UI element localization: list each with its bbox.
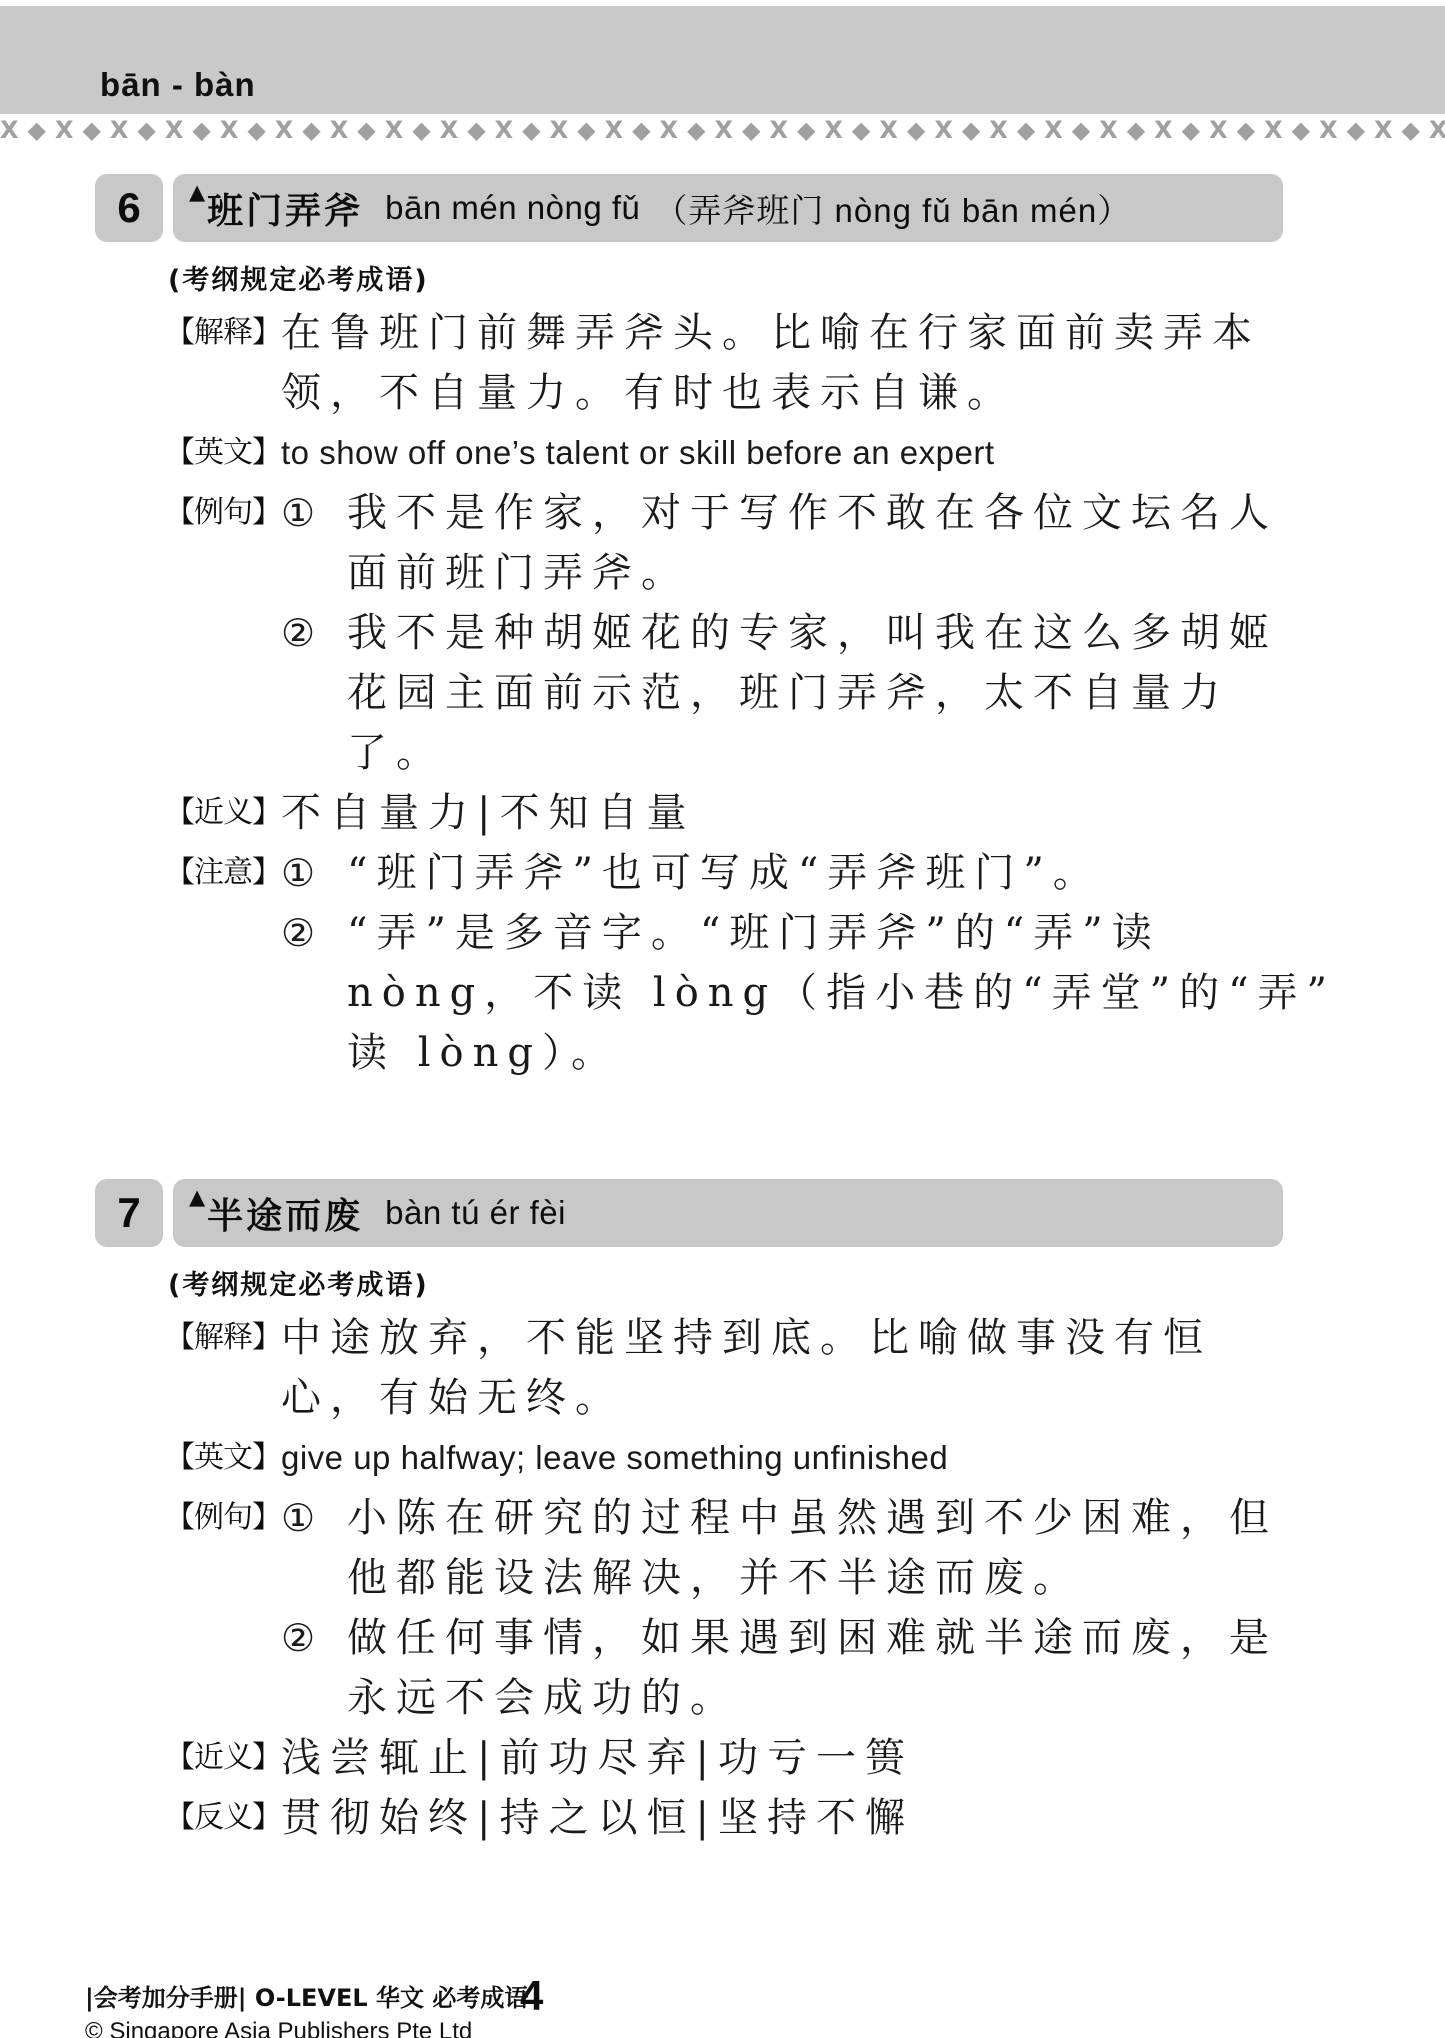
section-label: 【近义】 — [165, 783, 281, 843]
circled-number: ① — [281, 843, 347, 903]
entry-title-alt: （弄斧班门 nòng fǔ bān mén） — [654, 185, 1131, 232]
circled-number: ① — [281, 1488, 347, 1548]
section-label: 【例句】 — [165, 483, 281, 543]
entry-title-bar: ▲ 半途而废 bàn tú ér fèi — [173, 1179, 1283, 1247]
circled-number: ② — [281, 1608, 347, 1668]
circled-number: ② — [281, 903, 347, 963]
section-body: 在鲁班门前舞弄斧头。比喻在行家面前卖弄本 领，不自量力。有时也表示自谦。 — [281, 303, 1445, 423]
entry-7: 7 ▲ 半途而废 bàn tú ér fèi (考纲规定必考成语) 【解释】 中… — [0, 1179, 1445, 1848]
entry-title-zh: 班门弄斧 — [207, 183, 363, 234]
circled-number: ① — [281, 483, 347, 543]
section-label: 【例句】 — [165, 1488, 281, 1548]
text-line: 他都能设法解决，并不半途而废。 — [347, 1548, 1445, 1608]
section-english: 【英文】 give up halfway; leave something un… — [165, 1428, 1445, 1488]
section-synonyms: 【近义】 浅尝辄止|前功尽弃|功亏一篑 — [165, 1728, 1445, 1788]
text-line: 中途放弃，不能坚持到底。比喻做事没有恒 — [281, 1308, 1445, 1368]
section-body: 贯彻始终|持之以恒|坚持不懈 — [281, 1788, 1445, 1848]
section-body: 中途放弃，不能坚持到底。比喻做事没有恒 心，有始无终。 — [281, 1308, 1445, 1428]
footer-book-title: |会考加分手册| O-LEVEL 华文 必考成语 — [85, 1978, 528, 2013]
section-body: 浅尝辄止|前功尽弃|功亏一篑 — [281, 1728, 1445, 1788]
text-line: 我不是种胡姬花的专家，叫我在这么多胡姬 — [347, 603, 1445, 663]
page-header-band: bān - bàn — [0, 6, 1445, 114]
entry-6: 6 ▲ 班门弄斧 bān mén nòng fǔ （弄斧班门 nòng fǔ b… — [0, 174, 1445, 1083]
book-page: bān - bàn 6 ▲ 班门弄斧 bān mén nòng fǔ （弄斧班门… — [0, 0, 1445, 2038]
section-label: 【注意】 — [165, 843, 281, 903]
section-label: 【英文】 — [165, 1428, 281, 1488]
text-line: 做任何事情，如果遇到困难就半途而废，是 — [347, 1608, 1445, 1668]
text-line: 永远不会成功的。 — [347, 1668, 1445, 1728]
note-lines: “班门弄斧”也可写成“弄斧班门”。 — [347, 843, 1445, 903]
text-line: “弄”是多音字。“班门弄斧”的“弄”读 — [347, 903, 1445, 963]
section-note: 【注意】 ① “班门弄斧”也可写成“弄斧班门”。 ② “弄”是多音字。“班门弄斧… — [165, 843, 1445, 1083]
entry-title-pinyin: bān mén nòng fǔ — [385, 189, 640, 227]
note-item: ② “弄”是多音字。“班门弄斧”的“弄”读 nòng，不读 lòng（指小巷的“… — [281, 903, 1445, 1083]
example-item: ① 小陈在研究的过程中虽然遇到不少困难，但 他都能设法解决，并不半途而废。 — [281, 1488, 1445, 1608]
example-lines: 做任何事情，如果遇到困难就半途而废，是 永远不会成功的。 — [347, 1608, 1445, 1728]
text-line: 读 lòng）。 — [347, 1023, 1445, 1083]
section-label: 【解释】 — [165, 303, 281, 363]
triangle-marker-icon: ▲ — [189, 1187, 205, 1208]
text-line: nòng，不读 lòng（指小巷的“弄堂”的“弄” — [347, 963, 1445, 1023]
section-body: ① “班门弄斧”也可写成“弄斧班门”。 ② “弄”是多音字。“班门弄斧”的“弄”… — [281, 843, 1445, 1083]
entry-7-header: 7 ▲ 半途而废 bàn tú ér fèi — [95, 1179, 1283, 1247]
example-item: ② 我不是种胡姬花的专家，叫我在这么多胡姬 花园主面前示范，班门弄斧，太不自量力… — [281, 603, 1445, 783]
section-label: 【解释】 — [165, 1308, 281, 1368]
section-explanation: 【解释】 中途放弃，不能坚持到底。比喻做事没有恒 心，有始无终。 — [165, 1308, 1445, 1428]
example-lines: 我不是种胡姬花的专家，叫我在这么多胡姬 花园主面前示范，班门弄斧，太不自量力 了… — [347, 603, 1445, 783]
text-line: 了。 — [347, 723, 1445, 783]
text-line: 心，有始无终。 — [281, 1368, 1445, 1428]
text-line: 花园主面前示范，班门弄斧，太不自量力 — [347, 663, 1445, 723]
example-item: ② 做任何事情，如果遇到困难就半途而废，是 永远不会成功的。 — [281, 1608, 1445, 1728]
triangle-marker-icon: ▲ — [189, 182, 205, 203]
section-body: give up halfway; leave something unfinis… — [281, 1428, 1445, 1488]
text-line: 面前班门弄斧。 — [347, 543, 1445, 603]
section-examples: 【例句】 ① 小陈在研究的过程中虽然遇到不少困难，但 他都能设法解决，并不半途而… — [165, 1488, 1445, 1728]
synonyms-text: 浅尝辄止|前功尽弃|功亏一篑 — [281, 1728, 1445, 1788]
english-translation: give up halfway; leave something unfinis… — [281, 1428, 1445, 1488]
circled-number: ② — [281, 603, 347, 663]
text-line: 小陈在研究的过程中虽然遇到不少困难，但 — [347, 1488, 1445, 1548]
text-line: 我不是作家，对于写作不敢在各位文坛名人 — [347, 483, 1445, 543]
example-lines: 小陈在研究的过程中虽然遇到不少困难，但 他都能设法解决，并不半途而废。 — [347, 1488, 1445, 1608]
note-item: ① “班门弄斧”也可写成“弄斧班门”。 — [281, 843, 1445, 903]
section-explanation: 【解释】 在鲁班门前舞弄斧头。比喻在行家面前卖弄本 领，不自量力。有时也表示自谦… — [165, 303, 1445, 423]
section-body: 不自量力|不知自量 — [281, 783, 1445, 843]
note-lines: “弄”是多音字。“班门弄斧”的“弄”读 nòng，不读 lòng（指小巷的“弄堂… — [347, 903, 1445, 1083]
antonyms-text: 贯彻始终|持之以恒|坚持不懈 — [281, 1788, 1445, 1848]
synonyms-text: 不自量力|不知自量 — [281, 783, 1445, 843]
section-antonyms: 【反义】 贯彻始终|持之以恒|坚持不懈 — [165, 1788, 1445, 1848]
pinyin-range-label: bān - bàn — [100, 66, 256, 104]
entry-title-bar: ▲ 班门弄斧 bān mén nòng fǔ （弄斧班门 nòng fǔ bān… — [173, 174, 1283, 242]
example-item: ① 我不是作家，对于写作不敢在各位文坛名人 面前班门弄斧。 — [281, 483, 1445, 603]
section-english: 【英文】 to show off one’s talent or skill b… — [165, 423, 1445, 483]
text-line: 在鲁班门前舞弄斧头。比喻在行家面前卖弄本 — [281, 303, 1445, 363]
section-label: 【英文】 — [165, 423, 281, 483]
example-lines: 我不是作家，对于写作不敢在各位文坛名人 面前班门弄斧。 — [347, 483, 1445, 603]
section-label: 【反义】 — [165, 1788, 281, 1848]
section-examples: 【例句】 ① 我不是作家，对于写作不敢在各位文坛名人 面前班门弄斧。 ② 我不是… — [165, 483, 1445, 783]
entry-6-header: 6 ▲ 班门弄斧 bān mén nòng fǔ （弄斧班门 nòng fǔ b… — [95, 174, 1283, 242]
exam-requirement-tag: (考纲规定必考成语) — [168, 258, 1445, 297]
english-translation: to show off one’s talent or skill before… — [281, 423, 1445, 483]
entry-title-zh: 半途而废 — [207, 1188, 363, 1239]
entry-number-badge: 6 — [95, 174, 163, 242]
section-label: 【近义】 — [165, 1728, 281, 1788]
entry-title-pinyin: bàn tú ér fèi — [385, 1194, 566, 1232]
section-body: ① 小陈在研究的过程中虽然遇到不少困难，但 他都能设法解决，并不半途而废。 ② … — [281, 1488, 1445, 1728]
entry-number-badge: 7 — [95, 1179, 163, 1247]
footer-publisher: © Singapore Asia Publishers Pte Ltd — [85, 2018, 528, 2038]
section-body: to show off one’s talent or skill before… — [281, 423, 1445, 483]
page-number: 4 — [520, 1972, 543, 2020]
exam-requirement-tag: (考纲规定必考成语) — [168, 1263, 1445, 1302]
section-body: ① 我不是作家，对于写作不敢在各位文坛名人 面前班门弄斧。 ② 我不是种胡姬花的… — [281, 483, 1445, 783]
text-line: “班门弄斧”也可写成“弄斧班门”。 — [347, 843, 1445, 903]
section-synonyms: 【近义】 不自量力|不知自量 — [165, 783, 1445, 843]
chain-pattern-border — [0, 114, 1445, 148]
text-line: 领，不自量力。有时也表示自谦。 — [281, 363, 1445, 423]
page-footer: |会考加分手册| O-LEVEL 华文 必考成语 © Singapore Asi… — [85, 1978, 528, 2038]
